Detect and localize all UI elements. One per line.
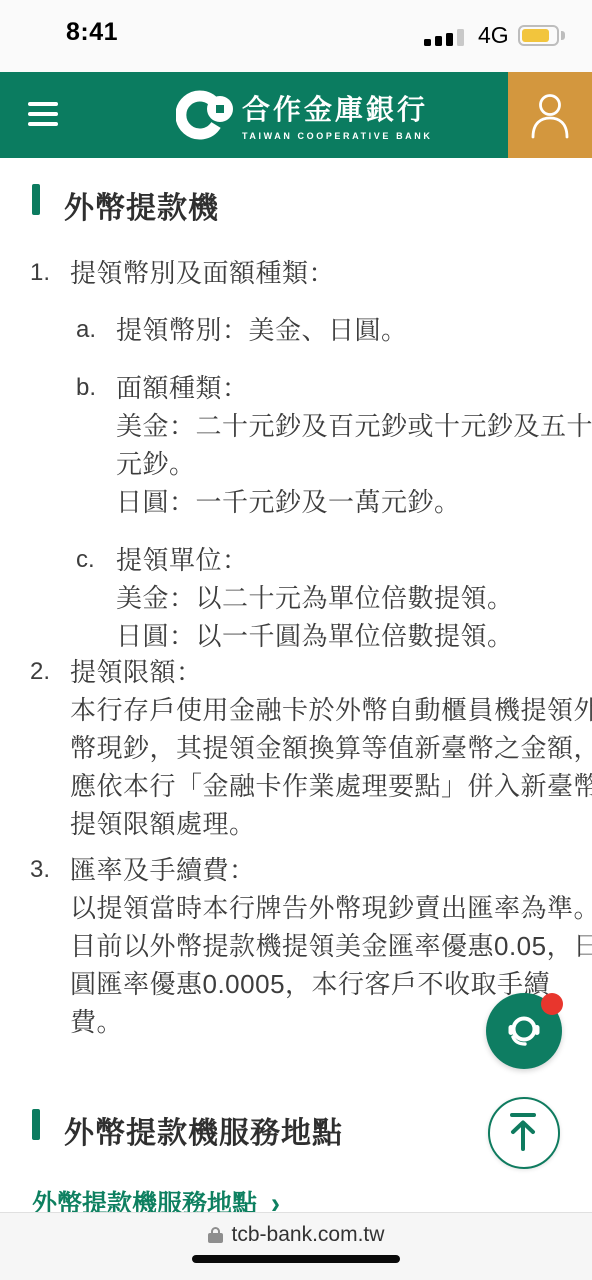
list-marker: c.: [76, 541, 95, 579]
text-line: 應依本行「金融卡作業處理要點」併入新臺幣: [70, 767, 592, 805]
text-line: 匯率及手續費：: [70, 851, 592, 889]
list-marker: 2.: [30, 653, 50, 691]
signal-bar: [446, 33, 453, 46]
list-marker: 3.: [30, 851, 50, 889]
list-marker: b.: [76, 369, 96, 407]
text-line: 本行存戶使用金融卡於外幣自動櫃員機提領外: [70, 691, 592, 729]
signal-bar: [435, 36, 442, 46]
phone-screen: 8:41 4G 合作金庫銀行 TAIWAN COOP: [0, 0, 592, 1280]
text-line: 提領限額：: [70, 653, 592, 691]
battery-level-fill: [522, 29, 549, 42]
text-line: 美金：二十元鈔及百元鈔或十元鈔及五十: [116, 407, 592, 445]
arrow-up-to-bar-icon: [503, 1110, 543, 1154]
network-type-label: 4G: [478, 22, 509, 49]
signal-strength-icon: [424, 28, 470, 46]
text-line: 美金：以二十元為單位倍數提領。: [116, 579, 514, 617]
home-indicator[interactable]: [192, 1255, 400, 1263]
bank-logo-mark-icon: [176, 90, 234, 140]
signal-bar: [424, 39, 431, 46]
person-icon: [528, 91, 572, 139]
section-title: 外幣提款機服務地點: [64, 1108, 343, 1152]
browser-address-bar[interactable]: tcb-bank.com.tw: [0, 1212, 592, 1280]
headset-icon: [502, 1009, 546, 1053]
battery-icon: [518, 25, 559, 46]
signal-bar: [457, 29, 464, 46]
section-heading-atm: 外幣提款機: [0, 183, 592, 217]
text-line: 面額種類：: [116, 369, 592, 407]
text-line: 日圓：一千元鈔及一萬元鈔。: [116, 483, 592, 521]
text-line: 提領幣別及面額種類：: [70, 254, 335, 292]
bank-logo-text: 合作金庫銀行 TAIWAN COOPERATIVE BANK: [242, 88, 426, 141]
site-header: 合作金庫銀行 TAIWAN COOPERATIVE BANK: [0, 72, 592, 158]
status-bar: 8:41 4G: [0, 0, 592, 72]
text-line: 幣現鈔，其提領金額換算等值新臺幣之金額，: [70, 729, 592, 767]
url-text: tcb-bank.com.tw: [232, 1223, 385, 1246]
text-line: 提領幣別：美金、日圓。: [116, 311, 408, 349]
clock: 8:41: [66, 18, 118, 47]
text-line: 提領限額處理。: [70, 805, 592, 843]
hamburger-line: [28, 112, 58, 116]
heading-accent-bar: [32, 1109, 40, 1140]
bank-logo[interactable]: 合作金庫銀行 TAIWAN COOPERATIVE BANK: [176, 80, 426, 150]
scroll-to-top-button[interactable]: [488, 1097, 560, 1169]
text-line: 提領單位：: [116, 541, 514, 579]
list-marker: a.: [76, 311, 96, 349]
list-item-1a: a. 提領幣別：美金、日圓。: [76, 311, 408, 349]
list-item-1b: b. 面額種類： 美金：二十元鈔及百元鈔或十元鈔及五十 元鈔。 日圓：一千元鈔及…: [76, 369, 592, 521]
hamburger-line: [28, 102, 58, 106]
bank-name-chinese: 合作金庫銀行: [242, 88, 426, 128]
lock-icon: [208, 1227, 223, 1242]
bank-name-english: TAIWAN COOPERATIVE BANK: [242, 131, 426, 141]
hamburger-menu-icon[interactable]: [28, 101, 58, 127]
heading-accent-bar: [32, 184, 40, 215]
url-text-wrap: tcb-bank.com.tw: [0, 1223, 592, 1247]
list-item-1: 1. 提領幣別及面額種類：: [30, 254, 335, 292]
list-item-1c: c. 提領單位： 美金：以二十元為單位倍數提領。 日圓：以一千圓為單位倍數提領。: [76, 541, 514, 655]
text-line: 目前以外幣提款機提領美金匯率優惠0.05，日: [70, 927, 592, 965]
battery-icon-nub: [561, 31, 565, 40]
hamburger-line: [28, 122, 58, 126]
section-title: 外幣提款機: [64, 183, 219, 227]
text-line: 以提領當時本行牌告外幣現鈔賣出匯率為準。: [70, 889, 592, 927]
list-marker: 1.: [30, 254, 50, 292]
list-item-2: 2. 提領限額： 本行存戶使用金融卡於外幣自動櫃員機提領外 幣現鈔，其提領金額換…: [30, 653, 592, 843]
lock-body: [208, 1233, 223, 1243]
profile-login-button[interactable]: [508, 72, 592, 158]
text-line: 元鈔。: [116, 445, 592, 483]
text-line: 日圓：以一千圓為單位倍數提領。: [116, 617, 514, 655]
notification-dot: [541, 993, 563, 1015]
